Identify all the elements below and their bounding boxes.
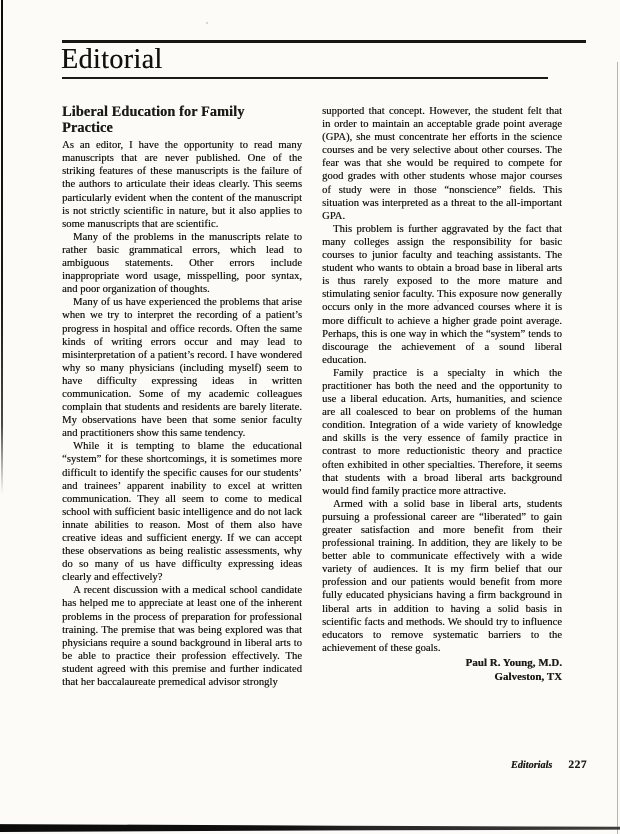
paper-speck — [206, 22, 208, 24]
paragraph: Many of the problems in the manuscripts … — [62, 231, 302, 296]
masthead-title: Editorial — [61, 44, 163, 76]
left-column: Liberal Education for Family Practice As… — [62, 105, 302, 689]
paragraph: A recent discussion with a medical schoo… — [62, 584, 302, 689]
paragraph: While it is tempting to blame the educat… — [62, 440, 302, 584]
signature-location: Galveston, TX — [322, 671, 562, 685]
paragraph: Armed with a solid base in liberal arts,… — [322, 498, 562, 655]
signature-block: Paul R. Young, M.D. Galveston, TX — [322, 657, 562, 684]
scan-edge-band-bottom — [0, 823, 620, 832]
scanned-journal-page: Editorial Liberal Education for Family P… — [0, 0, 620, 834]
scan-edge-line-left — [1, 0, 3, 494]
paragraph: supported that concept. However, the stu… — [322, 105, 562, 223]
masthead-rule-top — [62, 40, 586, 43]
page-footer: Editorials227 — [511, 755, 587, 773]
paragraph: Many of us have experienced the problems… — [62, 296, 302, 440]
signature-author: Paul R. Young, M.D. — [322, 657, 562, 671]
paragraph: Family practice is a specialty in which … — [322, 367, 562, 498]
footer-page-number: 227 — [568, 759, 587, 771]
paragraph: As an editor, I have the opportunity to … — [62, 139, 302, 231]
footer-section-label: Editorials — [511, 760, 552, 771]
right-column: supported that concept. However, the stu… — [322, 105, 562, 689]
masthead-rule-bottom — [62, 77, 548, 79]
paragraph: This problem is further aggravated by th… — [322, 223, 562, 367]
article-title: Liberal Education for Family Practice — [62, 105, 287, 136]
scan-edge-line-right — [617, 62, 619, 834]
article-body: Liberal Education for Family Practice As… — [62, 105, 562, 689]
